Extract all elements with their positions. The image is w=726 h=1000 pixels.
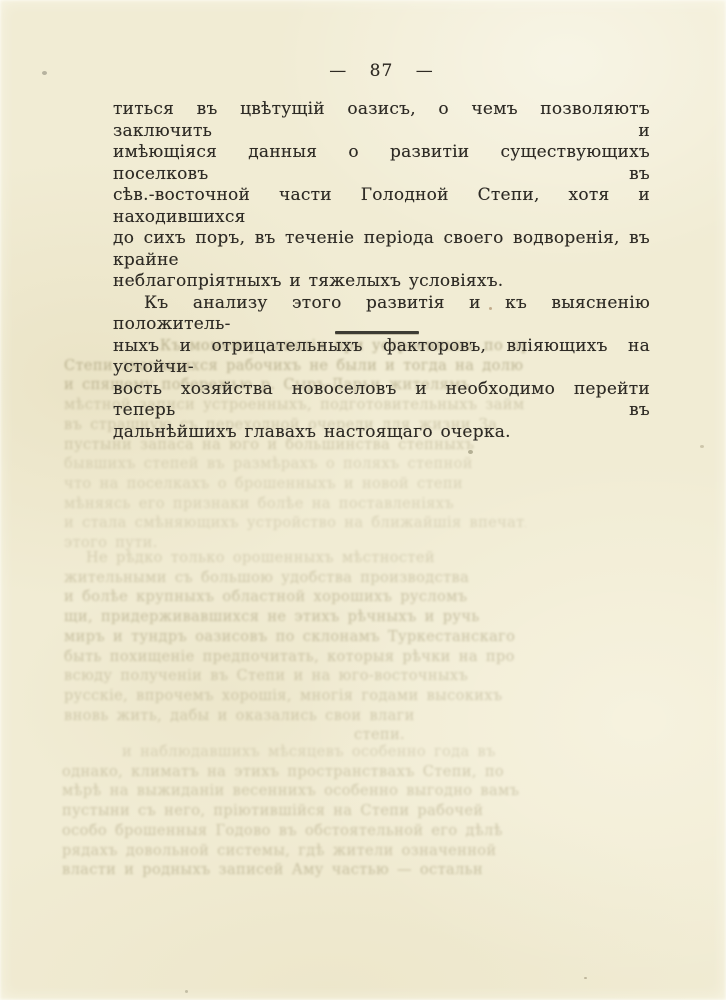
text-line: неблагопріятныхъ и тяжелыхъ условіяхъ. — [113, 271, 650, 293]
paper-speck — [584, 977, 587, 979]
text-line: дальнѣйшихъ главахъ настоящаго очерка. — [113, 422, 650, 444]
text-line: титься въ цвѣтущій оазисъ, о чемъ позвол… — [113, 99, 650, 142]
paper-speck — [468, 450, 473, 454]
bleed-through-text-block-lower: и наблюдавшихъ мѣсяцевъ особенно года въ… — [62, 743, 567, 881]
paper-speck — [700, 445, 704, 448]
text-line: ныхъ и отрицательныхъ факторовъ, вліяющи… — [113, 336, 650, 379]
paragraph-1: титься въ цвѣтущій оазисъ, о чемъ позвол… — [113, 99, 650, 293]
text-line: имѣющіяся данныя о развитіи существующих… — [113, 142, 650, 185]
text-line: до сихъ поръ, въ теченіе періода своего … — [113, 228, 650, 271]
text-line: что на поселкахъ о брошенныхъ и новой ст… — [64, 475, 526, 495]
paragraph-2: Къ анализу этого развитія и къ выясненію… — [113, 293, 650, 444]
text-line: русскіе, впрочемъ хорошія, многія годами… — [64, 687, 534, 707]
scanned-book-page: Къ моменту занятія при устроенныхъ по пр… — [0, 0, 726, 1000]
page-number: — 87 — — [113, 60, 650, 82]
text-line: жительными съ большою удобства производс… — [64, 569, 534, 589]
text-line: миръ и тундръ оазисовъ по склонамъ Турке… — [64, 628, 534, 648]
text-line: щи, придерживавшихся не этихъ рѣчныхъ и … — [64, 608, 534, 628]
text-line: этого пути. — [64, 534, 526, 554]
text-line: власти и родныхъ записей Аму частью — ос… — [62, 861, 567, 881]
text-line: Къ анализу этого развитія и къ выясненію… — [113, 293, 650, 336]
text-line: быть похищеніе предпочитать, которыя рѣч… — [64, 648, 534, 668]
text-line: и стала смѣняющихъ устройство на ближайш… — [64, 514, 526, 534]
section-divider-rule — [335, 331, 419, 334]
text-line: мѣрѣ на выжиданіи весеннихъ особенно выг… — [62, 782, 567, 802]
text-line: и болѣе крупныхъ областной хорошихъ русл… — [64, 588, 534, 608]
main-text-block: титься въ цвѣтущій оазисъ, о чемъ позвол… — [113, 99, 650, 443]
text-line: бывшихъ степей въ размѣрахъ о поляхъ сте… — [64, 455, 526, 475]
text-line: рядахъ довольной системы, гдѣ жители озн… — [62, 842, 567, 862]
text-line: и наблюдавшихъ мѣсяцевъ особенно года въ — [122, 743, 567, 763]
paper-speck — [185, 990, 188, 993]
text-line: Не рѣдко только орошенныхъ мѣстностей — [86, 549, 534, 569]
text-line: пустыни съ него, пріютившійся на Степи р… — [62, 802, 567, 822]
text-line: степи. — [354, 726, 534, 746]
text-line: мѣняясь его признаки болѣе на поставлені… — [64, 495, 526, 515]
paper-speck — [42, 71, 47, 75]
text-line: вновь жить, дабы и оказались свои влаги — [64, 707, 534, 727]
bleed-through-text-block-middle: Не рѣдко только орошенныхъ мѣстностейжит… — [64, 549, 534, 746]
text-line: особо брошенныя Годово въ обстоятельной … — [62, 822, 567, 842]
text-line: всюду полученіи въ Степи и на юго-восточ… — [64, 667, 534, 687]
text-line: вость хозяйства новоселовъ и необходимо … — [113, 379, 650, 422]
text-line: однако, климатъ на этихъ пространствахъ … — [62, 763, 567, 783]
text-line: сѣв.-восточной части Голодной Степи, хот… — [113, 185, 650, 228]
